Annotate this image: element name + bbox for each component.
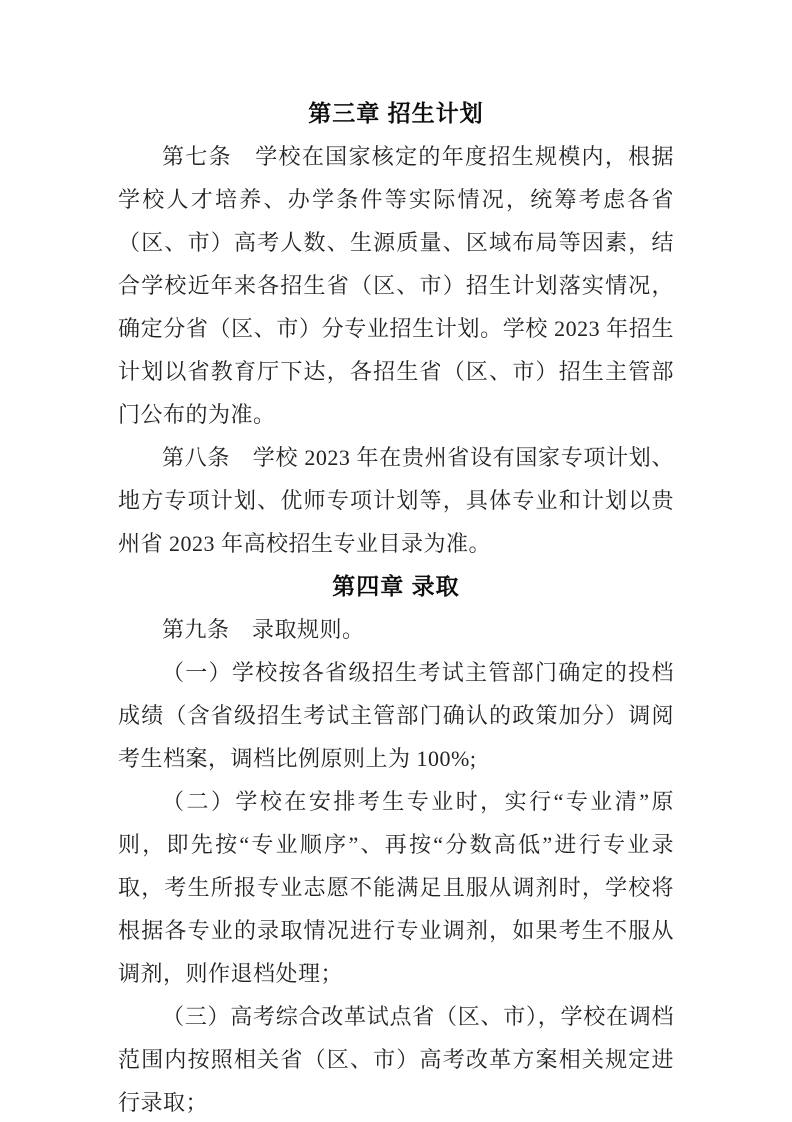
paragraph-article-9: 第九条 录取规则。 <box>118 608 674 651</box>
paragraph-article-7: 第七条 学校在国家核定的年度招生规模内，根据学校人才培养、办学条件等实际情况，统… <box>118 135 674 436</box>
chapter-4-heading: 第四章 录取 <box>118 565 674 608</box>
document-page: 第三章 招生计划 第七条 学校在国家核定的年度招生规模内，根据学校人才培养、办学… <box>0 0 792 1122</box>
chapter-3-heading: 第三章 招生计划 <box>118 92 674 135</box>
paragraph-rule-1: （一）学校按各省级招生考试主管部门确定的投档成绩（含省级招生考试主管部门确认的政… <box>118 651 674 780</box>
paragraph-rule-2: （二）学校在安排考生专业时，实行“专业清”原则，即先按“专业顺序”、再按“分数高… <box>118 780 674 995</box>
paragraph-rule-3: （三）高考综合改革试点省（区、市），学校在调档范围内按照相关省（区、市）高考改革… <box>118 995 674 1122</box>
paragraph-article-8: 第八条 学校 2023 年在贵州省设有国家专项计划、地方专项计划、优师专项计划等… <box>118 436 674 565</box>
